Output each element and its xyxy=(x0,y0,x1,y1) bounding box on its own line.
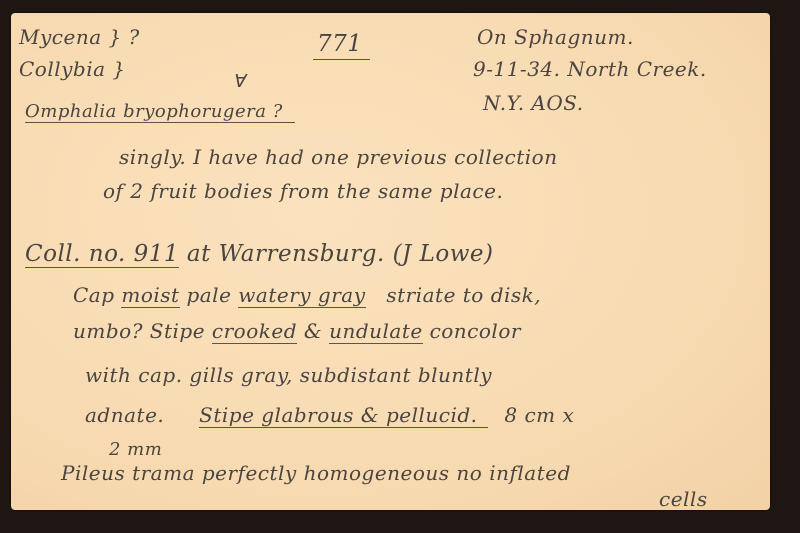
desc-crooked: crooked xyxy=(212,319,297,344)
annotation-mark: Ɐ xyxy=(233,71,245,92)
state-collector: N.Y. AOS. xyxy=(483,91,584,115)
desc-line-3: with cap. gills gray, subdistant bluntly xyxy=(85,363,492,387)
collection-line: Coll. no. 911 at Warrensburg. (J Lowe) xyxy=(25,241,493,267)
desc-and: & xyxy=(304,319,322,343)
desc-cap: Cap xyxy=(73,283,115,307)
desc-line-2: umbo? Stipe crooked & undulate concolor xyxy=(73,319,521,343)
genus-collybia: Collybia } xyxy=(19,57,126,81)
desc-stipe-length: 8 cm x xyxy=(504,403,574,427)
desc-line-6: Pileus trama perfectly homogeneous no in… xyxy=(61,461,571,485)
genus-mycena: Mycena } ? xyxy=(19,25,140,49)
desc-undulate: undulate xyxy=(329,319,423,344)
species-omphalia: Omphalia bryophorugera ? xyxy=(25,101,295,123)
date-location: 9-11-34. North Creek. xyxy=(473,57,707,81)
desc-watery-gray: watery gray xyxy=(238,283,365,308)
desc-striate: striate to disk, xyxy=(386,283,541,307)
desc-stipe-glabrous: Stipe glabrous & pellucid. xyxy=(199,403,487,428)
specimen-card: Mycena } ? Collybia } Ɐ Omphalia bryopho… xyxy=(11,13,770,510)
note-line-1: singly. I have had one previous collecti… xyxy=(119,145,558,169)
desc-line-7: cells xyxy=(659,487,708,511)
habitat: On Sphagnum. xyxy=(477,25,634,49)
desc-stipe: Stipe xyxy=(150,319,205,343)
collection-number: Coll. no. 911 xyxy=(25,241,179,268)
desc-pale: pale xyxy=(186,283,231,307)
desc-adnate: adnate. xyxy=(85,403,164,427)
desc-umbo: umbo? xyxy=(73,319,143,343)
note-line-2: of 2 fruit bodies from the same place. xyxy=(103,179,503,203)
desc-line-1: Cap moist pale watery gray striate to di… xyxy=(73,283,541,307)
desc-line-5: 2 mm xyxy=(109,439,162,460)
collection-locality: at Warrensburg. (J Lowe) xyxy=(187,241,494,267)
desc-moist: moist xyxy=(121,283,179,308)
desc-line-4: adnate. Stipe glabrous & pellucid. 8 cm … xyxy=(85,403,574,427)
specimen-number: 771 xyxy=(313,31,370,60)
desc-concolor: concolor xyxy=(430,319,521,343)
